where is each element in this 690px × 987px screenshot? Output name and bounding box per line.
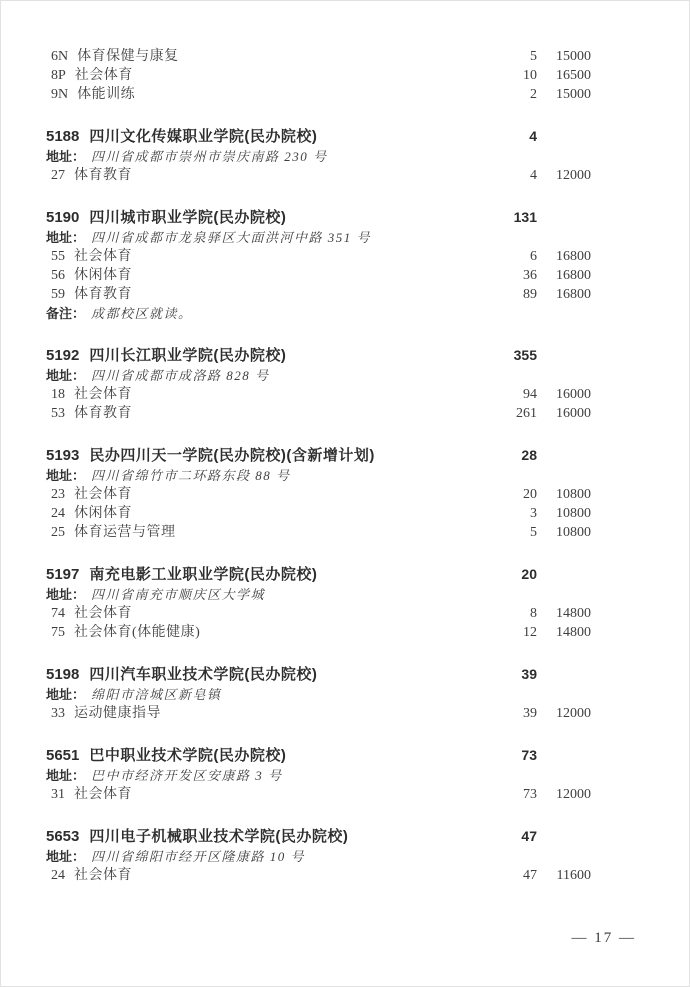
program-row: 33 运动健康指导 39 12000	[46, 704, 591, 723]
program-row: 53 体育教育 261 16000	[46, 404, 591, 423]
college-block-5192: 5192 四川长江职业学院(民办院校) 355 地址： 四川省成都市成洛路 82…	[46, 345, 591, 423]
note-text: 成都校区就读。	[91, 304, 193, 323]
address-text: 四川省成都市龙泉驿区大面洪河中路 351 号	[91, 228, 371, 247]
document-page: 6N 体育保健与康复 5 15000 8P 社会体育 10 16500 9N 体…	[0, 0, 690, 987]
college-name: 四川文化传媒职业学院(民办院校)	[89, 126, 493, 147]
plan-count: 47	[493, 866, 537, 885]
plan-count: 3	[493, 504, 537, 523]
program-code: 59	[51, 285, 65, 304]
address-row: 地址： 四川省成都市成洛路 828 号	[46, 366, 591, 385]
college-total-count: 73	[493, 745, 537, 766]
program-row: 59 体育教育 89 16800	[46, 285, 591, 304]
program-name: 休闲体育	[74, 266, 493, 285]
tuition-fee: 14800	[537, 604, 591, 623]
program-code: 18	[51, 385, 65, 404]
tuition-fee: 10800	[537, 504, 591, 523]
program-row: 75 社会体育(体能健康) 12 14800	[46, 623, 591, 642]
address-label: 地址：	[46, 466, 85, 485]
program-code: 31	[51, 785, 65, 804]
college-block-5190: 5190 四川城市职业学院(民办院校) 131 地址： 四川省成都市龙泉驿区大面…	[46, 207, 591, 323]
college-header: 5188 四川文化传媒职业学院(民办院校) 4	[46, 126, 591, 147]
program-name: 体育教育	[74, 285, 493, 304]
program-row: 24 休闲体育 3 10800	[46, 504, 591, 523]
college-code: 5193	[46, 445, 79, 466]
address-label: 地址：	[46, 228, 85, 247]
plan-count: 36	[493, 266, 537, 285]
program-code: 33	[51, 704, 65, 723]
program-name: 休闲体育	[74, 504, 493, 523]
program-row: 31 社会体育 73 12000	[46, 785, 591, 804]
program-name: 社会体育	[74, 485, 493, 504]
plan-count: 20	[493, 485, 537, 504]
address-text: 巴中市经济开发区安康路 3 号	[91, 766, 283, 785]
program-row: 55 社会体育 6 16800	[46, 247, 591, 266]
tuition-fee: 16800	[537, 266, 591, 285]
address-label: 地址：	[46, 766, 85, 785]
tuition-fee: 11600	[537, 866, 591, 885]
plan-count: 94	[493, 385, 537, 404]
address-text: 四川省绵阳市经开区隆康路 10 号	[91, 847, 305, 866]
college-total-count: 47	[493, 826, 537, 847]
college-header: 5190 四川城市职业学院(民办院校) 131	[46, 207, 591, 228]
address-row: 地址： 四川省绵竹市二环路东段 88 号	[46, 466, 591, 485]
address-text: 四川省成都市崇州市崇庆南路 230 号	[91, 147, 328, 166]
plan-count: 89	[493, 285, 537, 304]
college-block-5188: 5188 四川文化传媒职业学院(民办院校) 4 地址： 四川省成都市崇州市崇庆南…	[46, 126, 591, 185]
college-total-count: 131	[493, 207, 537, 228]
address-row: 地址： 巴中市经济开发区安康路 3 号	[46, 766, 591, 785]
program-name: 社会体育	[75, 66, 493, 85]
college-name: 四川城市职业学院(民办院校)	[89, 207, 493, 228]
program-code: 56	[51, 266, 65, 285]
page-number: — 17 —	[572, 930, 637, 947]
address-row: 地址： 绵阳市涪城区新皂镇	[46, 685, 591, 704]
tuition-fee: 12000	[537, 704, 591, 723]
program-name: 体能训练	[77, 85, 493, 104]
address-row: 地址： 四川省绵阳市经开区隆康路 10 号	[46, 847, 591, 866]
college-code: 5651	[46, 745, 79, 766]
address-row: 地址： 四川省南充市顺庆区大学城	[46, 585, 591, 604]
address-text: 四川省南充市顺庆区大学城	[91, 585, 265, 604]
tuition-fee: 16800	[537, 247, 591, 266]
note-label: 备注：	[46, 304, 85, 323]
address-label: 地址：	[46, 847, 85, 866]
tuition-fee: 12000	[537, 785, 591, 804]
address-text: 四川省成都市成洛路 828 号	[91, 366, 270, 385]
college-block-5653: 5653 四川电子机械职业技术学院(民办院校) 47 地址： 四川省绵阳市经开区…	[46, 826, 591, 885]
program-name: 体育保健与康复	[77, 47, 493, 66]
plan-count: 5	[493, 47, 537, 66]
address-text: 绵阳市涪城区新皂镇	[91, 685, 222, 704]
program-name: 社会体育	[74, 385, 493, 404]
program-code: 23	[51, 485, 65, 504]
college-total-count: 28	[493, 445, 537, 466]
college-header: 5653 四川电子机械职业技术学院(民办院校) 47	[46, 826, 591, 847]
college-name: 四川汽车职业技术学院(民办院校)	[89, 664, 493, 685]
program-name: 社会体育	[74, 785, 493, 804]
address-row: 地址： 四川省成都市龙泉驿区大面洪河中路 351 号	[46, 228, 591, 247]
program-row: 24 社会体育 47 11600	[46, 866, 591, 885]
address-label: 地址：	[46, 685, 85, 704]
program-name: 社会体育	[74, 247, 493, 266]
college-name: 民办四川天一学院(民办院校)(含新增计划)	[89, 445, 493, 466]
plan-count: 10	[493, 66, 537, 85]
plan-count: 261	[493, 404, 537, 423]
program-code: 9N	[51, 85, 68, 104]
tuition-fee: 12000	[537, 166, 591, 185]
program-row: 74 社会体育 8 14800	[46, 604, 591, 623]
college-block-5198: 5198 四川汽车职业技术学院(民办院校) 39 地址： 绵阳市涪城区新皂镇 3…	[46, 664, 591, 723]
program-code: 74	[51, 604, 65, 623]
plan-count: 73	[493, 785, 537, 804]
tuition-fee: 16500	[537, 66, 591, 85]
program-row: 9N 体能训练 2 15000	[46, 85, 591, 104]
page-content: 6N 体育保健与康复 5 15000 8P 社会体育 10 16500 9N 体…	[1, 1, 689, 885]
program-code: 24	[51, 866, 65, 885]
college-code: 5192	[46, 345, 79, 366]
college-code: 5190	[46, 207, 79, 228]
program-code: 27	[51, 166, 65, 185]
college-header: 5198 四川汽车职业技术学院(民办院校) 39	[46, 664, 591, 685]
program-name: 体育运营与管理	[74, 523, 493, 542]
tuition-fee: 16000	[537, 385, 591, 404]
program-name: 社会体育	[74, 866, 493, 885]
program-row: 25 体育运营与管理 5 10800	[46, 523, 591, 542]
note-row: 备注： 成都校区就读。	[46, 304, 591, 323]
plan-count: 5	[493, 523, 537, 542]
college-name: 四川电子机械职业技术学院(民办院校)	[89, 826, 493, 847]
college-block-5193: 5193 民办四川天一学院(民办院校)(含新增计划) 28 地址： 四川省绵竹市…	[46, 445, 591, 542]
program-name: 体育教育	[74, 166, 493, 185]
program-code: 6N	[51, 47, 68, 66]
college-total-count: 355	[493, 345, 537, 366]
program-code: 53	[51, 404, 65, 423]
college-total-count: 20	[493, 564, 537, 585]
plan-count: 2	[493, 85, 537, 104]
program-row: 18 社会体育 94 16000	[46, 385, 591, 404]
plan-count: 12	[493, 623, 537, 642]
address-row: 地址： 四川省成都市崇州市崇庆南路 230 号	[46, 147, 591, 166]
program-name: 运动健康指导	[74, 704, 493, 723]
college-name: 南充电影工业职业学院(民办院校)	[89, 564, 493, 585]
tuition-fee: 16000	[537, 404, 591, 423]
college-header: 5651 巴中职业技术学院(民办院校) 73	[46, 745, 591, 766]
college-name: 四川长江职业学院(民办院校)	[89, 345, 493, 366]
program-row: 56 休闲体育 36 16800	[46, 266, 591, 285]
tuition-fee: 15000	[537, 85, 591, 104]
program-code: 24	[51, 504, 65, 523]
tuition-fee: 15000	[537, 47, 591, 66]
program-code: 55	[51, 247, 65, 266]
program-row: 6N 体育保健与康复 5 15000	[46, 47, 591, 66]
college-code: 5197	[46, 564, 79, 585]
program-name: 体育教育	[74, 404, 493, 423]
tuition-fee: 16800	[537, 285, 591, 304]
college-total-count: 39	[493, 664, 537, 685]
college-code: 5188	[46, 126, 79, 147]
program-code: 8P	[51, 66, 66, 85]
program-row: 8P 社会体育 10 16500	[46, 66, 591, 85]
college-header: 5192 四川长江职业学院(民办院校) 355	[46, 345, 591, 366]
tuition-fee: 10800	[537, 485, 591, 504]
tuition-fee: 10800	[537, 523, 591, 542]
plan-count: 4	[493, 166, 537, 185]
college-total-count: 4	[493, 126, 537, 147]
address-label: 地址：	[46, 585, 85, 604]
college-block-5651: 5651 巴中职业技术学院(民办院校) 73 地址： 巴中市经济开发区安康路 3…	[46, 745, 591, 804]
program-code: 75	[51, 623, 65, 642]
college-code: 5198	[46, 664, 79, 685]
college-name: 巴中职业技术学院(民办院校)	[89, 745, 493, 766]
program-name: 社会体育(体能健康)	[74, 623, 493, 642]
college-header: 5197 南充电影工业职业学院(民办院校) 20	[46, 564, 591, 585]
college-block-5197: 5197 南充电影工业职业学院(民办院校) 20 地址： 四川省南充市顺庆区大学…	[46, 564, 591, 642]
college-code: 5653	[46, 826, 79, 847]
college-header: 5193 民办四川天一学院(民办院校)(含新增计划) 28	[46, 445, 591, 466]
address-label: 地址：	[46, 366, 85, 385]
program-row: 23 社会体育 20 10800	[46, 485, 591, 504]
address-label: 地址：	[46, 147, 85, 166]
plan-count: 39	[493, 704, 537, 723]
plan-count: 8	[493, 604, 537, 623]
program-name: 社会体育	[74, 604, 493, 623]
tuition-fee: 14800	[537, 623, 591, 642]
plan-count: 6	[493, 247, 537, 266]
program-row: 27 体育教育 4 12000	[46, 166, 591, 185]
address-text: 四川省绵竹市二环路东段 88 号	[91, 466, 291, 485]
program-code: 25	[51, 523, 65, 542]
